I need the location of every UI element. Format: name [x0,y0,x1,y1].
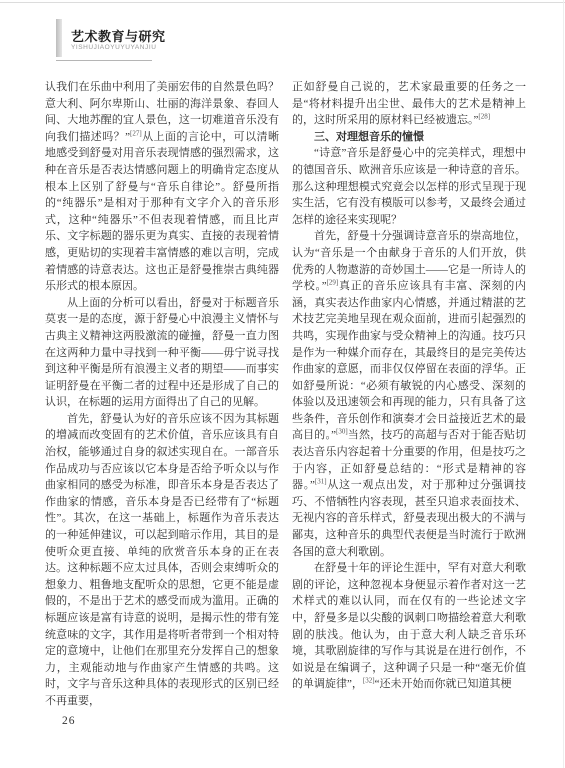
page-number: 26 [62,715,76,727]
paragraph: “诗意”音乐是舒曼心中的完美样式，理想中的德国音乐、欧洲音乐应该是一种诗意的音乐… [292,145,526,228]
journal-title-pinyin: YISHUJIAOYUYUYANJIU [71,44,166,52]
header-accent-bar [56,19,62,57]
page-top-edge [0,2,565,3]
paragraph: 首先，舒曼十分强调诗意音乐的崇高地位，认为“音乐是一个由献身于音乐的人们开放，供… [292,228,526,560]
paragraph-continuation: 认我们在乐曲中利用了美丽宏伟的自然景色吗？意大利、阿尔卑斯山、壮丽的海洋景象、春… [45,79,279,295]
page-right-edge [563,0,564,768]
paragraph: 首先，舒曼认为好的音乐应该不因为其标题的增减而改变固有的艺术价值，音乐应该具有自… [45,411,279,710]
journal-title: 艺术教育与研究 [71,29,166,44]
left-column: 认我们在乐曲中利用了美丽宏伟的自然景色吗？意大利、阿尔卑斯山、壮丽的海洋景象、春… [45,79,279,710]
journal-masthead: 艺术教育与研究 YISHUJIAOYUYUYANJIU [71,18,166,52]
right-column: 正如舒曼自己说的，艺术家最重要的任务之一是“将材料提升出尘世、最伟大的艺术是精神… [292,79,526,693]
paragraph: 从上面的分析可以看出，舒曼对于标题音乐莫衷一是的态度，源于舒曼心中浪漫主义情怀与… [45,295,279,411]
paragraph: 在舒曼十年的评论生涯中，罕有对意大利歌剧的评论，这种忽视本身便显示着作者对这一艺… [292,560,526,693]
journal-header: 艺术教育与研究 YISHUJIAOYUYUYANJIU [56,18,152,61]
section-heading: 三、对理想音乐的憧憬 [292,129,526,146]
paragraph-continuation: 正如舒曼自己说的，艺术家最重要的任务之一是“将材料提升出尘世、最伟大的艺术是精神… [292,79,526,129]
